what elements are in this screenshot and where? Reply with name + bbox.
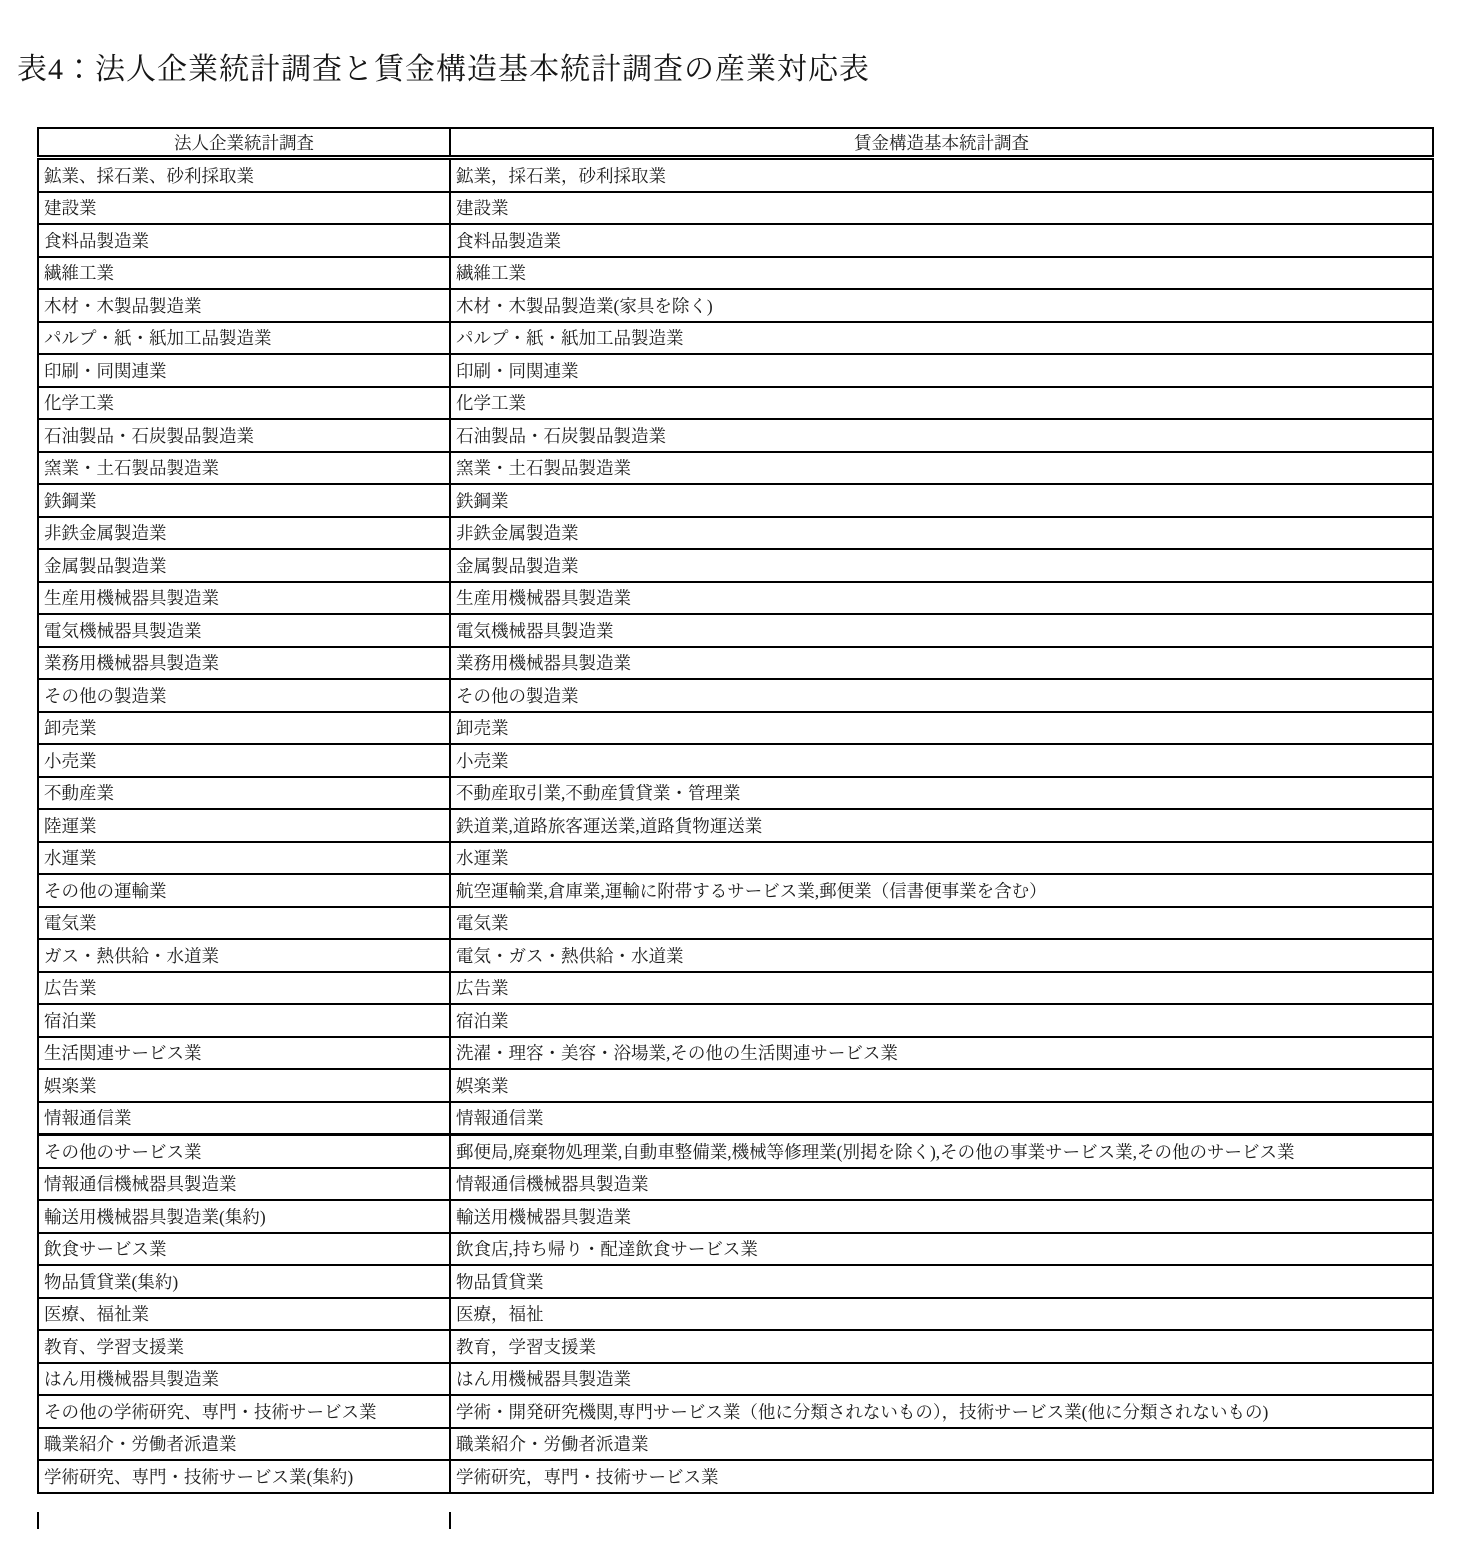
- cell-chingin-industry: 洗濯・理容・美容・浴場業,その他の生活関連サービス業: [450, 1037, 1433, 1070]
- cell-hojin-industry: 職業紹介・労働者派遣業: [38, 1428, 450, 1461]
- table-row: 広告業広告業: [38, 972, 1433, 1005]
- cell-hojin-industry: 小売業: [38, 744, 450, 777]
- table-row: 輸送用機械器具製造業(集約)輸送用機械器具製造業: [38, 1200, 1433, 1233]
- cell-hojin-industry: 電気機械器具製造業: [38, 614, 450, 647]
- cell-hojin-industry: 印刷・同関連業: [38, 354, 450, 387]
- cell-hojin-industry: 娯楽業: [38, 1069, 450, 1102]
- cell-chingin-industry: 石油製品・石炭製品製造業: [450, 419, 1433, 452]
- cell-chingin-industry: 鉄道業,道路旅客運送業,道路貨物運送業: [450, 809, 1433, 842]
- cell-chingin-industry: パルプ・紙・紙加工品製造業: [450, 322, 1433, 355]
- cell-chingin-industry: 小売業: [450, 744, 1433, 777]
- table-row: ガス・熱供給・水道業電気・ガス・熱供給・水道業: [38, 939, 1433, 972]
- cell-chingin-industry: 水運業: [450, 842, 1433, 875]
- cell-chingin-industry: 業務用機械器具製造業: [450, 647, 1433, 680]
- column-header-chingin-survey: 賃金構造基本統計調査: [450, 128, 1433, 158]
- header-row: 法人企業統計調査 賃金構造基本統計調査: [38, 128, 1433, 158]
- cell-chingin-industry: 電気業: [450, 907, 1433, 940]
- cell-chingin-industry: 学術研究，専門・技術サービス業: [450, 1460, 1433, 1493]
- table-row: 生活関連サービス業洗濯・理容・美容・浴場業,その他の生活関連サービス業: [38, 1037, 1433, 1070]
- cell-hojin-industry: 教育、学習支援業: [38, 1330, 450, 1363]
- table-row: 建設業建設業: [38, 192, 1433, 225]
- table-row: 鉄鋼業鉄鋼業: [38, 484, 1433, 517]
- table-row: 食料品製造業食料品製造業: [38, 224, 1433, 257]
- cell-chingin-industry: 非鉄金属製造業: [450, 517, 1433, 550]
- table-row: 生産用機械器具製造業生産用機械器具製造業: [38, 582, 1433, 615]
- table-row: 窯業・土石製品製造業窯業・土石製品製造業: [38, 452, 1433, 485]
- cell-chingin-industry: 教育，学習支援業: [450, 1330, 1433, 1363]
- cell-chingin-industry: 航空運輸業,倉庫業,運輸に附帯するサービス業,郵便業（信書便事業を含む）: [450, 874, 1433, 907]
- table-row: 情報通信機械器具製造業情報通信機械器具製造業: [38, 1168, 1433, 1201]
- cell-chingin-industry: 学術・開発研究機関,専門サービス業（他に分類されないもの），技術サービス業(他に…: [450, 1395, 1433, 1428]
- cell-hojin-industry: 電気業: [38, 907, 450, 940]
- cell-hojin-industry: 建設業: [38, 192, 450, 225]
- table-row: 陸運業鉄道業,道路旅客運送業,道路貨物運送業: [38, 809, 1433, 842]
- table-row: 飲食サービス業飲食店,持ち帰り・配達飲食サービス業: [38, 1233, 1433, 1266]
- cell-hojin-industry: 情報通信機械器具製造業: [38, 1168, 450, 1201]
- cell-chingin-industry: 金属製品製造業: [450, 549, 1433, 582]
- cell-hojin-industry: 情報通信業: [38, 1102, 450, 1135]
- cell-chingin-industry: 繊維工業: [450, 257, 1433, 290]
- cell-hojin-industry: 非鉄金属製造業: [38, 517, 450, 550]
- cell-chingin-industry: 情報通信業: [450, 1102, 1433, 1135]
- cell-chingin-industry: 卸売業: [450, 712, 1433, 745]
- cell-chingin-industry: 建設業: [450, 192, 1433, 225]
- cell-chingin-industry: はん用機械器具製造業: [450, 1363, 1433, 1396]
- cell-hojin-industry: 広告業: [38, 972, 450, 1005]
- cell-chingin-industry: 鉱業，採石業，砂利採取業: [450, 158, 1433, 192]
- table-row: 物品賃貸業(集約)物品賃貸業: [38, 1265, 1433, 1298]
- cell-hojin-industry: 宿泊業: [38, 1004, 450, 1037]
- table-row: 卸売業卸売業: [38, 712, 1433, 745]
- cell-hojin-industry: 水運業: [38, 842, 450, 875]
- table-row: 不動産業不動産取引業,不動産賃貸業・管理業: [38, 777, 1433, 810]
- cell-hojin-industry: 化学工業: [38, 387, 450, 420]
- table-row: その他の運輸業航空運輸業,倉庫業,運輸に附帯するサービス業,郵便業（信書便事業を…: [38, 874, 1433, 907]
- table-row: その他の製造業その他の製造業: [38, 679, 1433, 712]
- cell-hojin-industry: 輸送用機械器具製造業(集約): [38, 1200, 450, 1233]
- table-row: 木材・木製品製造業木材・木製品製造業(家具を除く): [38, 289, 1433, 322]
- cell-chingin-industry: 職業紹介・労働者派遣業: [450, 1428, 1433, 1461]
- table-row: 石油製品・石炭製品製造業石油製品・石炭製品製造業: [38, 419, 1433, 452]
- cell-hojin-industry: パルプ・紙・紙加工品製造業: [38, 322, 450, 355]
- cell-chingin-industry: その他の製造業: [450, 679, 1433, 712]
- table-row: 教育、学習支援業教育，学習支援業: [38, 1330, 1433, 1363]
- cell-hojin-industry: 飲食サービス業: [38, 1233, 450, 1266]
- cell-hojin-industry: 医療、福祉業: [38, 1298, 450, 1331]
- table-row: はん用機械器具製造業はん用機械器具製造業: [38, 1363, 1433, 1396]
- cell-hojin-industry: 学術研究、専門・技術サービス業(集約): [38, 1460, 450, 1493]
- cell-hojin-industry: ガス・熱供給・水道業: [38, 939, 450, 972]
- cell-chingin-industry: 電気機械器具製造業: [450, 614, 1433, 647]
- table-row: 学術研究、専門・技術サービス業(集約)学術研究，専門・技術サービス業: [38, 1460, 1433, 1493]
- cell-chingin-industry: 情報通信機械器具製造業: [450, 1168, 1433, 1201]
- table-row: 電気業電気業: [38, 907, 1433, 940]
- cell-chingin-industry: 医療，福祉: [450, 1298, 1433, 1331]
- cell-hojin-industry: 不動産業: [38, 777, 450, 810]
- cell-chingin-industry: 宿泊業: [450, 1004, 1433, 1037]
- table-row: 電気機械器具製造業電気機械器具製造業: [38, 614, 1433, 647]
- table-row: 繊維工業繊維工業: [38, 257, 1433, 290]
- table-row: 印刷・同関連業印刷・同関連業: [38, 354, 1433, 387]
- cell-hojin-industry: 鉱業、採石業、砂利採取業: [38, 158, 450, 192]
- cell-chingin-industry: 電気・ガス・熱供給・水道業: [450, 939, 1433, 972]
- cell-chingin-industry: 化学工業: [450, 387, 1433, 420]
- cell-hojin-industry: 金属製品製造業: [38, 549, 450, 582]
- cell-hojin-industry: その他の製造業: [38, 679, 450, 712]
- cell-chingin-industry: 飲食店,持ち帰り・配達飲食サービス業: [450, 1233, 1433, 1266]
- cell-chingin-industry: 窯業・土石製品製造業: [450, 452, 1433, 485]
- table-row: 非鉄金属製造業非鉄金属製造業: [38, 517, 1433, 550]
- industry-correspondence-table: 法人企業統計調査 賃金構造基本統計調査 鉱業、採石業、砂利採取業鉱業，採石業，砂…: [37, 127, 1434, 1494]
- table-row: その他のサービス業郵便局,廃棄物処理業,自動車整備業,機械等修理業(別掲を除く)…: [38, 1135, 1433, 1168]
- cell-hojin-industry: 業務用機械器具製造業: [38, 647, 450, 680]
- cell-chingin-industry: 生産用機械器具製造業: [450, 582, 1433, 615]
- cell-hojin-industry: 生産用機械器具製造業: [38, 582, 450, 615]
- cell-hojin-industry: 石油製品・石炭製品製造業: [38, 419, 450, 452]
- table-row: 化学工業化学工業: [38, 387, 1433, 420]
- table-body: 鉱業、採石業、砂利採取業鉱業，採石業，砂利採取業建設業建設業食料品製造業食料品製…: [38, 158, 1433, 1493]
- table-continuation-stub-left: [37, 1512, 39, 1529]
- cell-chingin-industry: 郵便局,廃棄物処理業,自動車整備業,機械等修理業(別掲を除く),その他の事業サー…: [450, 1135, 1433, 1168]
- table-row: 金属製品製造業金属製品製造業: [38, 549, 1433, 582]
- table-row: その他の学術研究、専門・技術サービス業学術・開発研究機関,専門サービス業（他に分…: [38, 1395, 1433, 1428]
- cell-hojin-industry: 生活関連サービス業: [38, 1037, 450, 1070]
- cell-hojin-industry: 卸売業: [38, 712, 450, 745]
- cell-hojin-industry: その他の運輸業: [38, 874, 450, 907]
- table-header: 法人企業統計調査 賃金構造基本統計調査: [38, 128, 1433, 158]
- cell-chingin-industry: 輸送用機械器具製造業: [450, 1200, 1433, 1233]
- cell-hojin-industry: 物品賃貸業(集約): [38, 1265, 450, 1298]
- table-continuation-stub-divider: [449, 1512, 451, 1529]
- table-row: 水運業水運業: [38, 842, 1433, 875]
- cell-chingin-industry: 鉄鋼業: [450, 484, 1433, 517]
- cell-hojin-industry: 木材・木製品製造業: [38, 289, 450, 322]
- cell-hojin-industry: 鉄鋼業: [38, 484, 450, 517]
- table-row: 医療、福祉業医療，福祉: [38, 1298, 1433, 1331]
- cell-chingin-industry: 印刷・同関連業: [450, 354, 1433, 387]
- table-caption: 表4：法人企業統計調査と賃金構造基本統計調査の産業対応表: [17, 44, 870, 88]
- cell-chingin-industry: 食料品製造業: [450, 224, 1433, 257]
- cell-hojin-industry: 食料品製造業: [38, 224, 450, 257]
- cell-chingin-industry: 娯楽業: [450, 1069, 1433, 1102]
- cell-hojin-industry: 窯業・土石製品製造業: [38, 452, 450, 485]
- table-row: 宿泊業宿泊業: [38, 1004, 1433, 1037]
- cell-hojin-industry: その他のサービス業: [38, 1135, 450, 1168]
- column-header-hojin-survey: 法人企業統計調査: [38, 128, 450, 158]
- cell-hojin-industry: 陸運業: [38, 809, 450, 842]
- table-row: 情報通信業情報通信業: [38, 1102, 1433, 1135]
- cell-chingin-industry: 物品賃貸業: [450, 1265, 1433, 1298]
- cell-chingin-industry: 広告業: [450, 972, 1433, 1005]
- table-row: 業務用機械器具製造業業務用機械器具製造業: [38, 647, 1433, 680]
- table-row: 娯楽業娯楽業: [38, 1069, 1433, 1102]
- table-row: 小売業小売業: [38, 744, 1433, 777]
- cell-hojin-industry: はん用機械器具製造業: [38, 1363, 450, 1396]
- cell-chingin-industry: 不動産取引業,不動産賃貸業・管理業: [450, 777, 1433, 810]
- cell-chingin-industry: 木材・木製品製造業(家具を除く): [450, 289, 1433, 322]
- document-page: 表4：法人企業統計調査と賃金構造基本統計調査の産業対応表 法人企業統計調査 賃金…: [0, 0, 1473, 1551]
- table-row: パルプ・紙・紙加工品製造業パルプ・紙・紙加工品製造業: [38, 322, 1433, 355]
- cell-hojin-industry: その他の学術研究、専門・技術サービス業: [38, 1395, 450, 1428]
- table-row: 鉱業、採石業、砂利採取業鉱業，採石業，砂利採取業: [38, 158, 1433, 192]
- table-row: 職業紹介・労働者派遣業職業紹介・労働者派遣業: [38, 1428, 1433, 1461]
- cell-hojin-industry: 繊維工業: [38, 257, 450, 290]
